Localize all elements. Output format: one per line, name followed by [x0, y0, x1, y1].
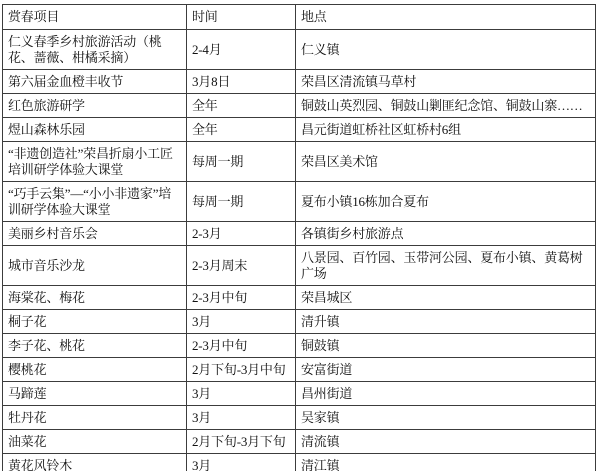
time-cell: 2-3月: [187, 222, 296, 246]
project-cell: 第六届金血橙丰收节: [3, 70, 187, 94]
table-row: 红色旅游研学全年铜鼓山英烈园、铜鼓山剿匪纪念馆、铜鼓山寨……: [3, 94, 596, 118]
table-row: 樱桃花2月下旬-3月中旬安富街道: [3, 358, 596, 382]
time-cell: 2-4月: [187, 30, 296, 70]
project-cell: 美丽乡村音乐会: [3, 222, 187, 246]
project-cell: 仁义春季乡村旅游活动（桃花、蔷薇、柑橘采摘）: [3, 30, 187, 70]
location-cell: 昌元街道虹桥社区虹桥村6组: [296, 118, 596, 142]
page: 赏春项目时间地点 仁义春季乡村旅游活动（桃花、蔷薇、柑橘采摘）2-4月仁义镇第六…: [0, 0, 600, 471]
project-cell: 樱桃花: [3, 358, 187, 382]
time-cell: 3月: [187, 310, 296, 334]
time-cell: 2月下旬-3月下旬: [187, 430, 296, 454]
project-cell: 油菜花: [3, 430, 187, 454]
location-cell: 八景园、百竹园、玉带河公园、夏布小镇、黄葛树广场: [296, 246, 596, 286]
location-cell: 各镇街乡村旅游点: [296, 222, 596, 246]
table-row: “巧手云集”—“小小非遗家”培训研学体验大课堂每周一期夏布小镇16栋加合夏布: [3, 182, 596, 222]
location-cell: 吴家镇: [296, 406, 596, 430]
time-cell: 3月8日: [187, 70, 296, 94]
location-cell: 铜鼓镇: [296, 334, 596, 358]
table-row: 海棠花、梅花2-3月中旬荣昌城区: [3, 286, 596, 310]
time-cell: 3月: [187, 382, 296, 406]
project-cell: “非遗创造社”荣昌折扇小工匠培训研学体验大课堂: [3, 142, 187, 182]
time-cell: 全年: [187, 94, 296, 118]
project-cell: 城市音乐沙龙: [3, 246, 187, 286]
time-cell: 每周一期: [187, 182, 296, 222]
location-cell: 清流镇: [296, 430, 596, 454]
project-cell: 桐子花: [3, 310, 187, 334]
location-cell: 清升镇: [296, 310, 596, 334]
location-cell: 荣昌区清流镇马草村: [296, 70, 596, 94]
time-cell: 3月: [187, 406, 296, 430]
project-cell: 海棠花、梅花: [3, 286, 187, 310]
time-cell: 2-3月中旬: [187, 286, 296, 310]
table-row: 油菜花2月下旬-3月下旬清流镇: [3, 430, 596, 454]
project-cell: “巧手云集”—“小小非遗家”培训研学体验大课堂: [3, 182, 187, 222]
table-row: 马蹄莲3月昌州街道: [3, 382, 596, 406]
location-cell: 夏布小镇16栋加合夏布: [296, 182, 596, 222]
table-row: 煜山森林乐园全年昌元街道虹桥社区虹桥村6组: [3, 118, 596, 142]
project-cell: 牡丹花: [3, 406, 187, 430]
time-cell: 每周一期: [187, 142, 296, 182]
column-header: 地点: [296, 5, 596, 30]
table-row: 美丽乡村音乐会2-3月各镇街乡村旅游点: [3, 222, 596, 246]
table-body: 仁义春季乡村旅游活动（桃花、蔷薇、柑橘采摘）2-4月仁义镇第六届金血橙丰收节3月…: [3, 30, 596, 471]
table-row: “非遗创造社”荣昌折扇小工匠培训研学体验大课堂每周一期荣昌区美术馆: [3, 142, 596, 182]
column-header: 时间: [187, 5, 296, 30]
header-row: 赏春项目时间地点: [3, 5, 596, 30]
table-row: 黄花风铃木3月清江镇: [3, 454, 596, 471]
time-cell: 3月: [187, 454, 296, 471]
location-cell: 仁义镇: [296, 30, 596, 70]
table-row: 李子花、桃花2-3月中旬铜鼓镇: [3, 334, 596, 358]
column-header: 赏春项目: [3, 5, 187, 30]
location-cell: 荣昌区美术馆: [296, 142, 596, 182]
table-row: 牡丹花3月吴家镇: [3, 406, 596, 430]
table-row: 桐子花3月清升镇: [3, 310, 596, 334]
project-cell: 李子花、桃花: [3, 334, 187, 358]
project-cell: 煜山森林乐园: [3, 118, 187, 142]
time-cell: 2-3月周末: [187, 246, 296, 286]
table-row: 仁义春季乡村旅游活动（桃花、蔷薇、柑橘采摘）2-4月仁义镇: [3, 30, 596, 70]
location-cell: 铜鼓山英烈园、铜鼓山剿匪纪念馆、铜鼓山寨……: [296, 94, 596, 118]
spring-activities-table: 赏春项目时间地点 仁义春季乡村旅游活动（桃花、蔷薇、柑橘采摘）2-4月仁义镇第六…: [2, 4, 596, 471]
time-cell: 2-3月中旬: [187, 334, 296, 358]
project-cell: 红色旅游研学: [3, 94, 187, 118]
table-row: 第六届金血橙丰收节3月8日荣昌区清流镇马草村: [3, 70, 596, 94]
location-cell: 安富街道: [296, 358, 596, 382]
location-cell: 荣昌城区: [296, 286, 596, 310]
project-cell: 马蹄莲: [3, 382, 187, 406]
time-cell: 2月下旬-3月中旬: [187, 358, 296, 382]
project-cell: 黄花风铃木: [3, 454, 187, 471]
location-cell: 昌州街道: [296, 382, 596, 406]
time-cell: 全年: [187, 118, 296, 142]
location-cell: 清江镇: [296, 454, 596, 471]
table-row: 城市音乐沙龙2-3月周末八景园、百竹园、玉带河公园、夏布小镇、黄葛树广场: [3, 246, 596, 286]
